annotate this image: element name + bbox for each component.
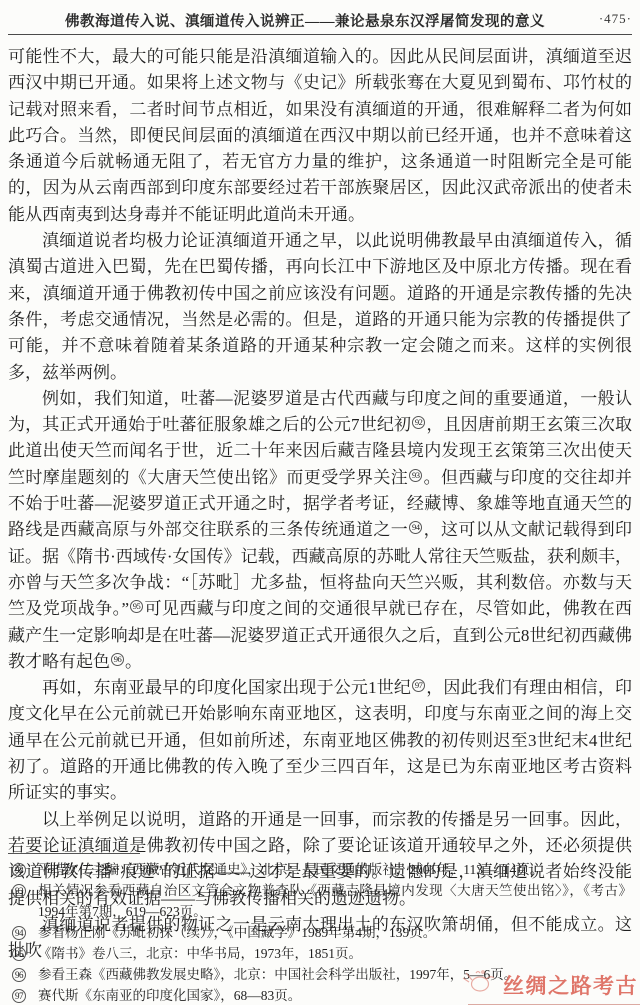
header-rule bbox=[8, 34, 632, 35]
footnote-text: 赛代斯《东南亚的印度化国家》，68—83页。 bbox=[38, 988, 301, 1003]
footnote-item: 95《隋书》卷八三，北京：中华书局，1973年，1851页。 bbox=[8, 943, 632, 964]
paragraph: 可能性不大，最大的可能只能是沿滇缅道输入的。因此从民间层面讲，滇缅道至迟西汉中期… bbox=[8, 44, 632, 228]
body-text: 可能性不大，最大的可能只能是沿滇缅道输入的。因此从民间层面讲，滇缅道至迟西汉中期… bbox=[8, 44, 632, 964]
watermark-logo-icon bbox=[460, 967, 498, 1002]
footnote-ref: 93 bbox=[409, 469, 422, 482]
footnote-ref: 96 bbox=[111, 653, 124, 666]
watermark-text: 丝绸之路考古 bbox=[503, 970, 638, 1000]
footnote-marker: 94 bbox=[12, 926, 26, 940]
footnote-text: 相关情况参看西藏自治区文管会文物普查队《西藏吉隆县境内发现〈大唐天竺使出铭〉》，… bbox=[38, 883, 632, 919]
footnote-marker: 95 bbox=[12, 947, 26, 961]
page-header: 佛教海道传入说、滇缅道传入说辨正——兼论悬泉东汉浮屠简发现的意义 ·475· bbox=[0, 0, 640, 36]
footnote-marker: 97 bbox=[12, 989, 26, 1003]
footnote-marker: 96 bbox=[12, 968, 26, 982]
paragraph: 再如，东南亚最早的印度化国家出现于公元1世纪97，因此我们有理由相信，印度文化早… bbox=[8, 675, 632, 806]
running-title: 佛教海道传入说、滇缅道传入说辨正——兼论悬泉东汉浮屠简发现的意义 bbox=[40, 10, 570, 31]
footnote-text: 参看王森《西藏佛教发展史略》，北京：中国社会科学出版社，1997年，5—6页。 bbox=[38, 967, 517, 982]
footnote-separator bbox=[8, 853, 140, 854]
footnote-item: 92平措次仁主编《西藏古近代交通史》，北京：人民交通出版社，2001年，113—… bbox=[8, 859, 632, 880]
footnote-text: 平措次仁主编《西藏古近代交通史》，北京：人民交通出版社，2001年，113—11… bbox=[38, 862, 543, 877]
footnote-ref: 92 bbox=[412, 416, 425, 429]
footnote-item: 94参看杨正刚《苏毗初探（续）》，《中国藏学》1989年第4期，139页。 bbox=[8, 922, 632, 943]
footnote-ref: 97 bbox=[412, 679, 425, 692]
footnote-marker: 92 bbox=[12, 863, 26, 877]
watermark: 丝绸之路考古 bbox=[460, 967, 638, 1002]
footnote-ref: 95 bbox=[130, 600, 143, 613]
footnote-marker: 93 bbox=[12, 884, 26, 898]
footnote-text: 《隋书》卷八三，北京：中华书局，1973年，1851页。 bbox=[38, 946, 362, 961]
document-page: 佛教海道传入说、滇缅道传入说辨正——兼论悬泉东汉浮屠简发现的意义 ·475· 可… bbox=[0, 0, 640, 1005]
paragraph: 滇缅道说者均极力论证滇缅道开通之早，以此说明佛教最早由滇缅道传入，循滇蜀古道进入… bbox=[8, 228, 632, 386]
paragraph: 例如，我们知道，吐蕃—泥婆罗道是古代西藏与印度之间的重要通道，一般认为，其正式开… bbox=[8, 386, 632, 675]
footnote-text: 参看杨正刚《苏毗初探（续）》，《中国藏学》1989年第4期，139页。 bbox=[38, 925, 436, 940]
footnote-ref: 94 bbox=[409, 521, 422, 534]
footnote-item: 93相关情况参看西藏自治区文管会文物普查队《西藏吉隆县境内发现〈大唐天竺使出铭〉… bbox=[8, 880, 632, 922]
page-number: ·475· bbox=[599, 11, 632, 27]
